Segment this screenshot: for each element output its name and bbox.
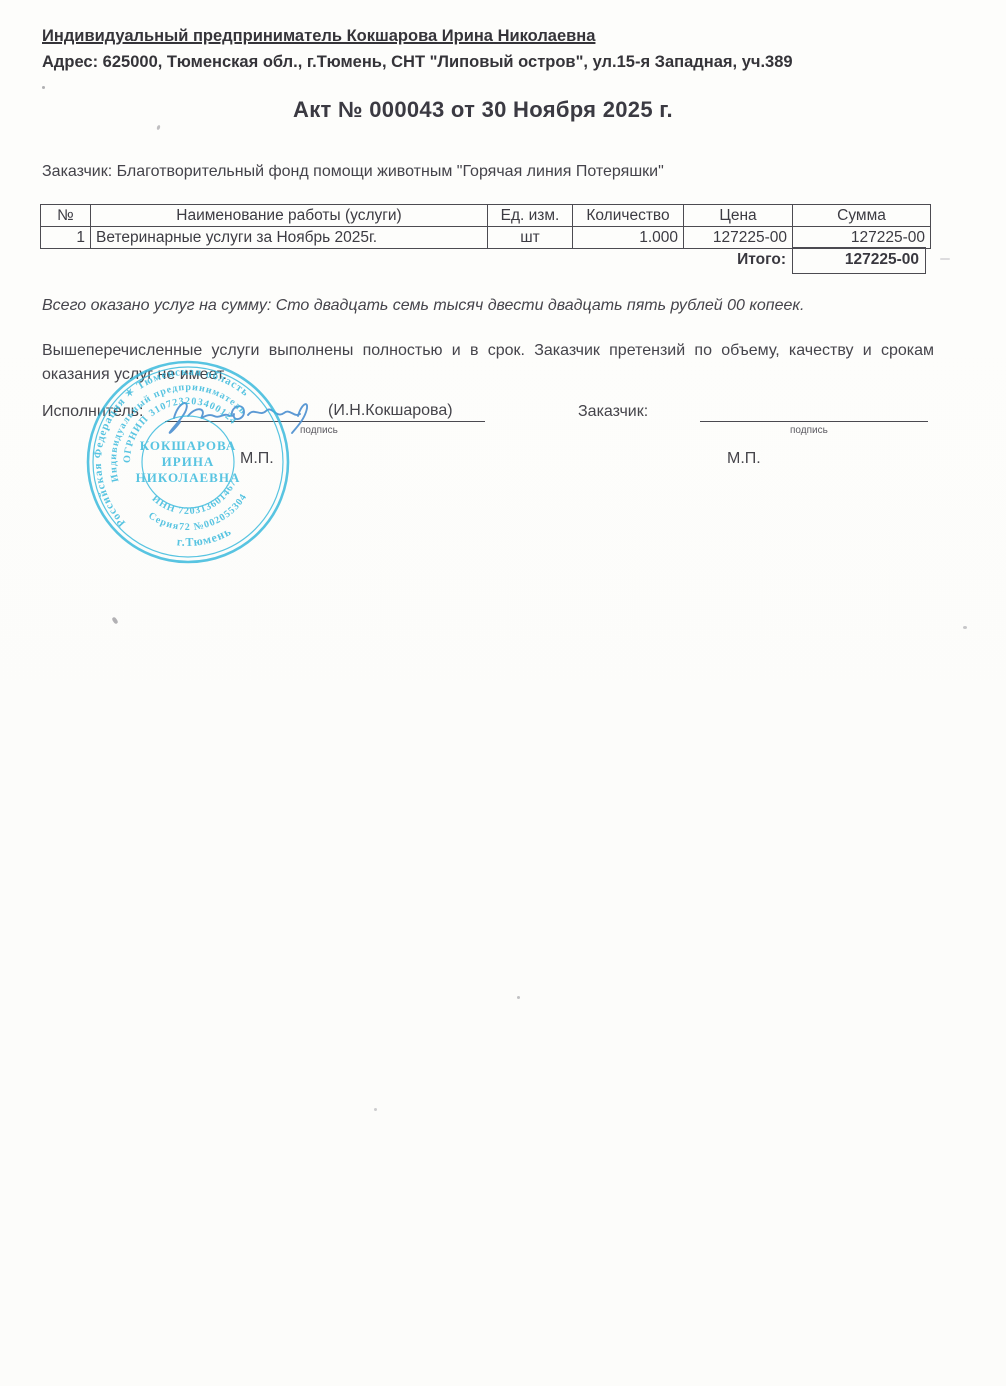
stamp-center-name-line1: КОКШАРОВА — [140, 438, 237, 453]
col-header-quantity: Количество — [573, 205, 684, 227]
svg-text:Серия72 №002055304: Серия72 №002055304 — [145, 490, 255, 543]
col-header-unit: Ед. изм. — [488, 205, 573, 227]
total-row: Итого: 127225-00 — [40, 247, 930, 274]
stamp-center-name-line2: ИРИНА — [162, 454, 215, 469]
col-header-number: № — [41, 205, 91, 227]
total-value: 127225-00 — [792, 247, 926, 274]
svg-text:г.Тюмень: г.Тюмень — [173, 523, 234, 553]
table-row: 1 Ветеринарные услуги за Ноябрь 2025г. ш… — [41, 227, 931, 249]
scan-speck — [940, 258, 950, 260]
scan-speck — [111, 616, 118, 624]
svg-text:ИНН 720313601467: ИНН 720313601467 — [148, 476, 244, 525]
amount-in-words: Всего оказано услуг на сумму: Сто двадца… — [42, 297, 804, 315]
col-header-sum: Сумма — [793, 205, 931, 227]
entrepreneur-name-heading: Индивидуальный предприниматель Кокшарова… — [42, 27, 595, 46]
cell-unit: шт — [488, 227, 573, 249]
executor-signature-caption: подпись — [300, 425, 338, 436]
scanned-document-page: Индивидуальный предприниматель Кокшарова… — [0, 0, 1006, 1386]
customer-signature-line — [700, 403, 928, 422]
table-header-row: № Наименование работы (услуги) Ед. изм. … — [41, 205, 931, 227]
document-title: Акт № 000043 от 30 Ноября 2025 г. — [0, 97, 966, 123]
total-label: Итого: — [40, 247, 792, 274]
stamp-city-text: г.Тюмень — [173, 523, 234, 553]
col-header-name: Наименование работы (услуги) — [91, 205, 488, 227]
customer-label: Заказчик: — [578, 403, 648, 421]
cell-sum: 127225-00 — [793, 227, 931, 249]
cell-price: 127225-00 — [684, 227, 793, 249]
scan-speck — [963, 626, 967, 629]
cell-quantity: 1.000 — [573, 227, 684, 249]
executor-name: (И.Н.Кокшарова) — [328, 402, 453, 420]
stamp-ogrnip-text: ОГРНИП 310723203400124 — [111, 385, 243, 465]
scan-speck — [517, 996, 520, 999]
stamp-center-name-line3: НИКОЛАЕВНА — [136, 470, 241, 485]
executor-label: Исполнитель: — [42, 403, 143, 421]
completion-note: Вышеперечисленные услуги выполнены полно… — [42, 339, 934, 387]
customer-signature-caption: подпись — [790, 425, 828, 436]
stamp-series-text: Серия72 №002055304 — [145, 490, 255, 543]
scan-speck — [156, 125, 161, 131]
col-header-price: Цена — [684, 205, 793, 227]
services-table: № Наименование работы (услуги) Ед. изм. … — [40, 204, 931, 249]
customer-seal-place: М.П. — [727, 450, 761, 468]
cell-name: Ветеринарные услуги за Ноябрь 2025г. — [91, 227, 488, 249]
cell-number: 1 — [41, 227, 91, 249]
entrepreneur-address: Адрес: 625000, Тюменская обл., г.Тюмень,… — [42, 53, 793, 72]
executor-seal-place: М.П. — [240, 450, 274, 468]
scan-speck — [42, 86, 45, 89]
customer-line: Заказчик: Благотворительный фонд помощи … — [42, 163, 664, 181]
svg-text:ОГРНИП 310723203400124: ОГРНИП 310723203400124 — [111, 385, 243, 465]
stamp-inn-text: ИНН 720313601467 — [148, 476, 244, 525]
scan-speck — [374, 1108, 377, 1111]
